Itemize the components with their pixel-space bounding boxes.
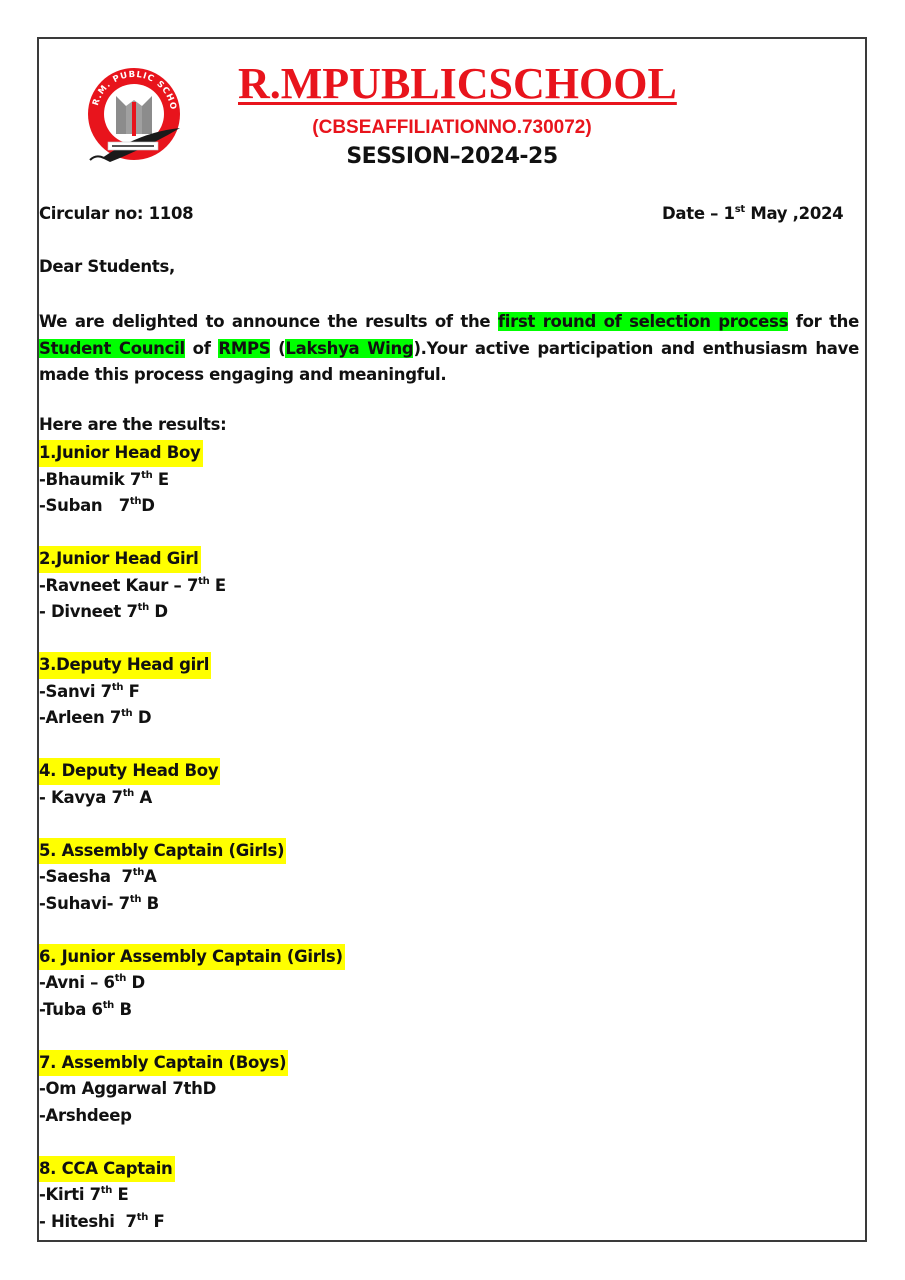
candidate-entry: - Divneet 7th D (39, 599, 859, 626)
position-title: 3.Deputy Head girl (39, 652, 211, 679)
position-title: 4. Deputy Head Boy (39, 758, 220, 785)
candidate-entry: -Arshdeep (39, 1103, 859, 1130)
school-name: R.MPUBLICSCHOOL (238, 58, 666, 109)
intro-paragraph: We are delighted to announce the results… (39, 309, 859, 389)
result-section: 4. Deputy Head Boy- Kavya 7th A (39, 758, 859, 811)
school-crest-icon: R.M. PUBLIC SCHOOL (80, 62, 188, 172)
position-title: 6. Junior Assembly Captain (Girls) (39, 944, 345, 971)
highlight-lakshya-wing: Lakshya Wing (285, 339, 413, 358)
candidate-entry: -Tuba 6th B (39, 997, 859, 1024)
candidate-entry: -Kirti 7th E (39, 1182, 859, 1209)
result-section: 8. CCA Captain-Kirti 7th E- Hiteshi 7th … (39, 1156, 859, 1236)
candidate-entry: -Saesha 7thA (39, 864, 859, 891)
result-section: 7. Assembly Captain (Boys)-Om Aggarwal 7… (39, 1050, 859, 1130)
session-label: SESSION–2024-25 (238, 144, 666, 169)
candidate-entry: -Suban 7thD (39, 493, 859, 520)
highlight-selection-process: first round of selection process (498, 312, 788, 331)
position-title: 7. Assembly Captain (Boys) (39, 1050, 288, 1077)
candidate-entry: - Hiteshi 7th F (39, 1209, 859, 1236)
position-title: 1.Junior Head Boy (39, 440, 203, 467)
candidate-entry: -Ravneet Kaur – 7th E (39, 573, 859, 600)
result-section: 6. Junior Assembly Captain (Girls)-Avni … (39, 944, 859, 1024)
position-title: 5. Assembly Captain (Girls) (39, 838, 286, 865)
results-list: 1.Junior Head Boy-Bhaumik 7th E-Suban 7t… (39, 440, 859, 1262)
highlight-rmps: RMPS (218, 339, 270, 358)
position-title: 8. CCA Captain (39, 1156, 175, 1183)
result-section: 3.Deputy Head girl-Sanvi 7th F-Arleen 7t… (39, 652, 859, 732)
candidate-entry: -Bhaumik 7th E (39, 467, 859, 494)
affiliation-number: (CBSEAFFILIATIONNO.730072) (238, 117, 666, 139)
circular-number: Circular no: 1108 (39, 204, 193, 223)
result-section: 5. Assembly Captain (Girls)-Saesha 7thA-… (39, 838, 859, 918)
candidate-entry: - Kavya 7th A (39, 785, 859, 812)
candidate-entry: -Sanvi 7th F (39, 679, 859, 706)
result-section: 2.Junior Head Girl-Ravneet Kaur – 7th E-… (39, 546, 859, 626)
results-heading: Here are the results: (39, 415, 226, 434)
candidate-entry: -Avni – 6th D (39, 970, 859, 997)
greeting: Dear Students, (39, 257, 175, 276)
candidate-entry: -Arleen 7th D (39, 705, 859, 732)
candidate-entry: -Om Aggarwal 7thD (39, 1076, 859, 1103)
highlight-student-council: Student Council (39, 339, 185, 358)
position-title: 2.Junior Head Girl (39, 546, 201, 573)
result-section: 1.Junior Head Boy-Bhaumik 7th E-Suban 7t… (39, 440, 859, 520)
candidate-entry: -Suhavi- 7th B (39, 891, 859, 918)
circular-date: Date – 1st May ,2024 (662, 204, 843, 223)
